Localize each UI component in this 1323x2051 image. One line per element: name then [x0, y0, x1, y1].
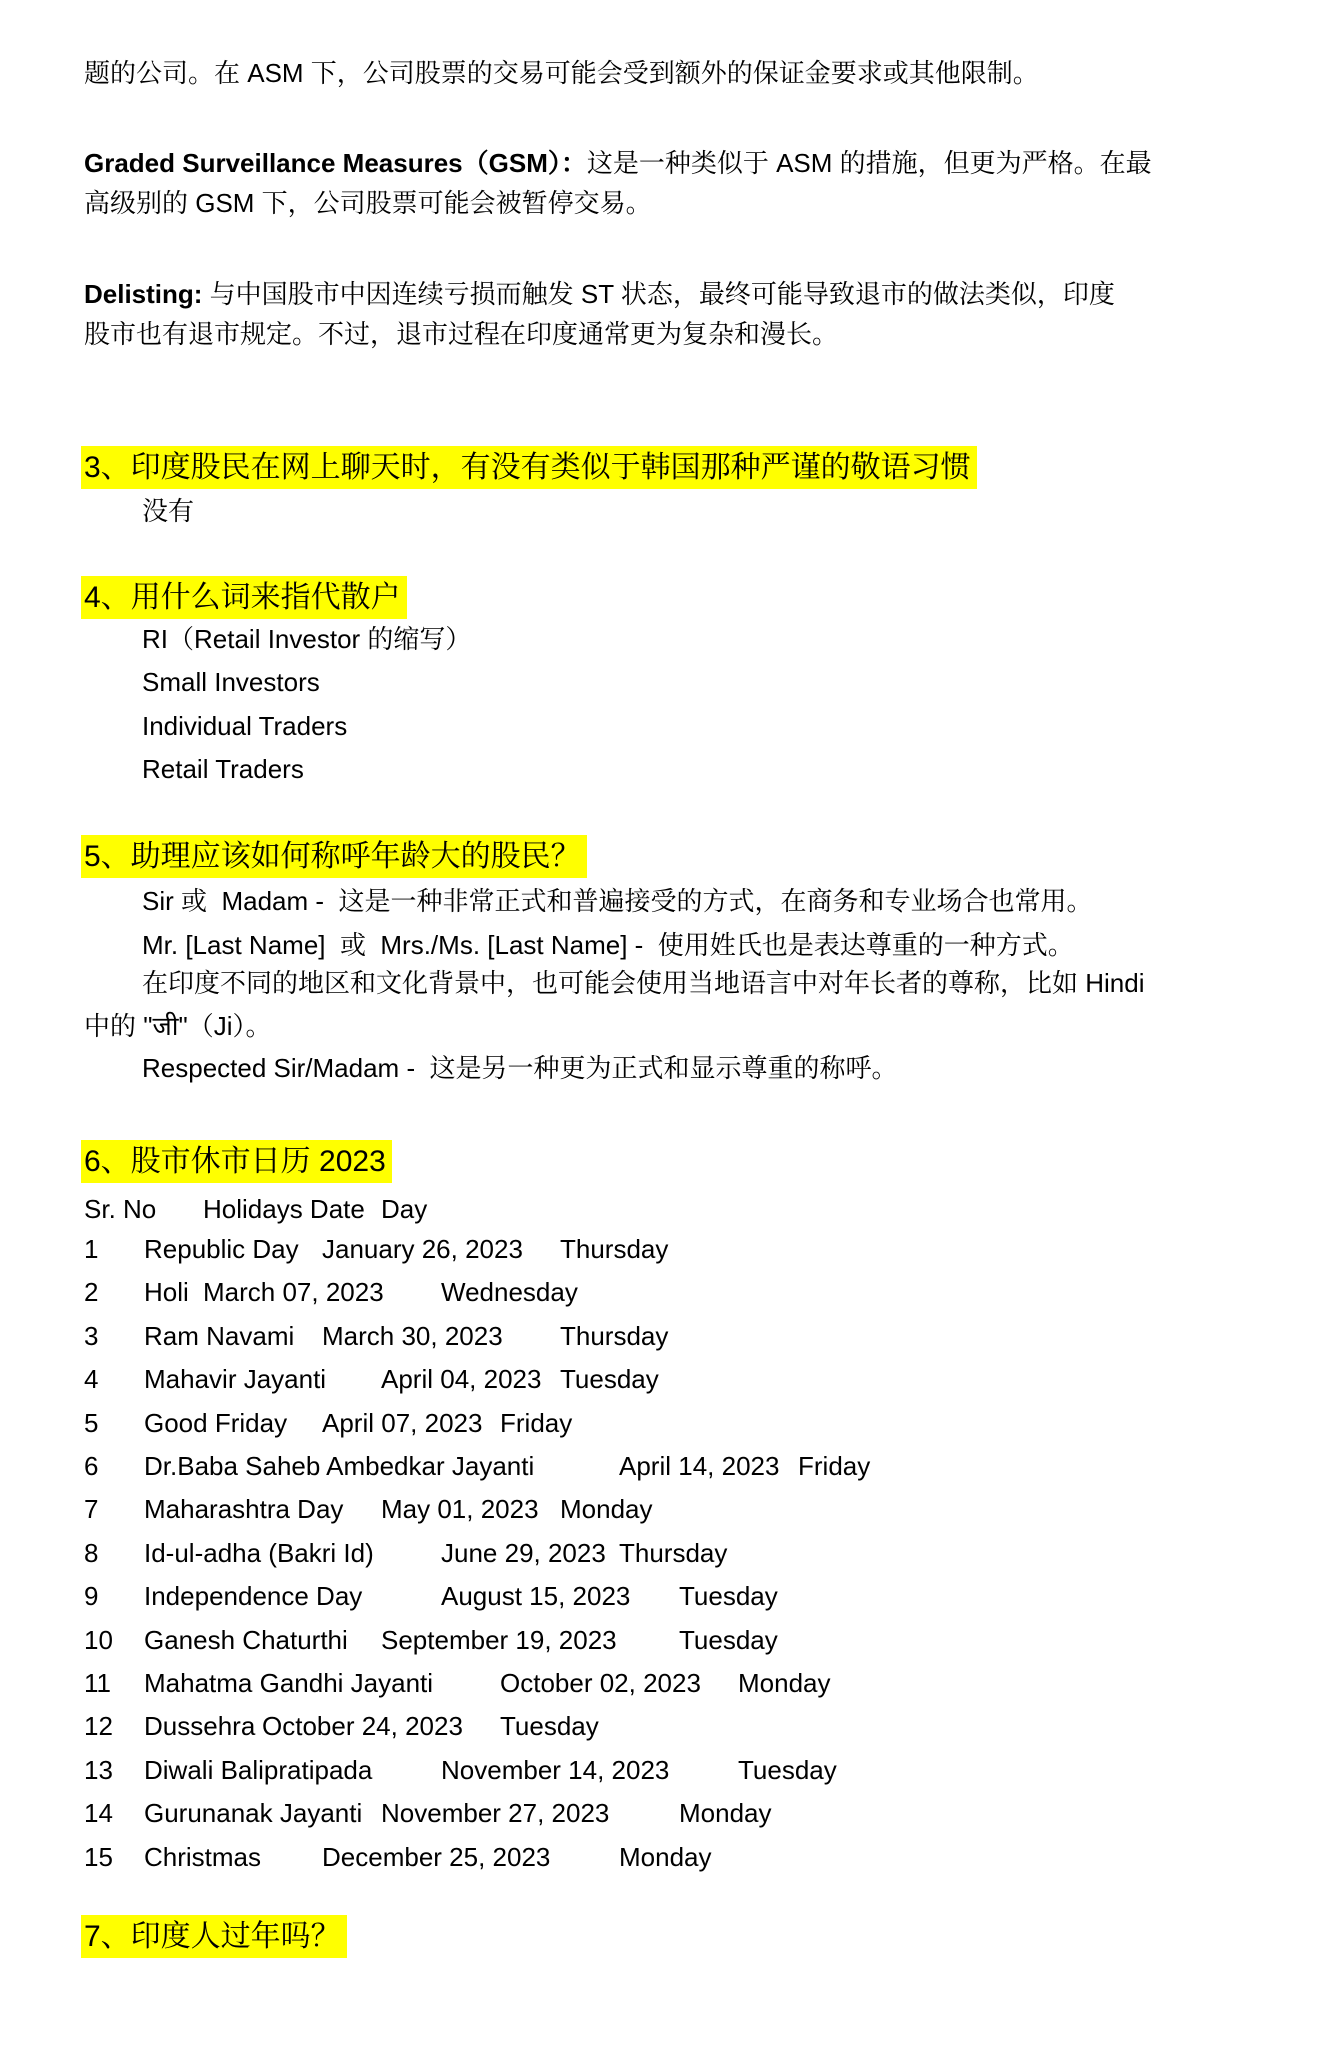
holiday-cell-name: Republic Day: [144, 1229, 299, 1269]
holiday-cell-date: October 02, 2023: [500, 1663, 701, 1703]
holiday-cell-day: Tuesday: [500, 1706, 599, 1746]
holiday-cell-no: 4: [84, 1359, 98, 1399]
answer-5-line-2: Mr. [Last Name] 或 Mrs./Ms. [Last Name] -…: [142, 925, 1074, 965]
holiday-cell-name: Ganesh Chaturthi: [144, 1620, 348, 1660]
document-page: 题的公司。在 ASM 下，公司股票的交易可能会受到额外的保证金要求或其他限制。 …: [0, 0, 1323, 2051]
holiday-cell-name: Id-ul-adha (Bakri Id): [144, 1533, 374, 1573]
holiday-cell-date: October 24, 2023: [262, 1706, 463, 1746]
holiday-cell-day: Monday: [560, 1489, 653, 1529]
answer-4-item: Small Investors: [142, 662, 320, 702]
holiday-cell-name: Good Friday: [144, 1403, 287, 1443]
holiday-cell-date: March 07, 2023: [203, 1272, 384, 1312]
question-4-heading: 4、用什么词来指代散户: [81, 576, 407, 619]
holiday-cell-day: Thursday: [560, 1316, 668, 1356]
holiday-cell-day: Monday: [619, 1837, 712, 1877]
holiday-cell-day: Monday: [679, 1793, 772, 1833]
holiday-cell-date: April 07, 2023: [322, 1403, 482, 1443]
holiday-cell-name: Dussehra: [144, 1706, 255, 1746]
question-3-heading: 3、印度股民在网上聊天时，有没有类似于韩国那种严谨的敬语习惯: [81, 446, 977, 489]
holiday-cell-day: Thursday: [619, 1533, 727, 1573]
holiday-cell-day: Tuesday: [738, 1750, 837, 1790]
answer-4-item: Retail Traders: [142, 749, 304, 789]
holiday-cell-day: Monday: [738, 1663, 831, 1703]
holiday-cell-name: Mahavir Jayanti: [144, 1359, 326, 1399]
answer-5-line-5: Respected Sir/Madam - 这是另一种更为正式和显示尊重的称呼。: [142, 1048, 898, 1088]
answer-5-line-4: 中的 "जी"（Ji）。: [84, 1006, 272, 1046]
holiday-cell-day: Friday: [798, 1446, 870, 1486]
question-6-heading: 6、股市休市日历 2023: [81, 1140, 392, 1183]
holiday-cell-date: April 04, 2023: [381, 1359, 541, 1399]
holiday-cell-date: August 15, 2023: [441, 1576, 630, 1616]
question-6-highlight: 6、股市休市日历 2023: [81, 1140, 392, 1183]
holiday-cell-date: January 26, 2023: [322, 1229, 523, 1269]
paragraph-delisting-line2: 股市也有退市规定。不过，退市过程在印度通常更为复杂和漫长。: [84, 314, 838, 354]
answer-4-item: RI（Retail Investor 的缩写）: [142, 619, 471, 659]
holiday-cell-no: 15: [84, 1837, 113, 1877]
answer-5-line-1: Sir 或 Madam - 这是一种非常正式和普遍接受的方式，在商务和专业场合也…: [142, 881, 1092, 921]
question-7-heading: 7、印度人过年吗？: [81, 1915, 347, 1958]
gsm-text: 这是一种类似于 ASM 的措施，但更为严格。在最: [587, 148, 1152, 178]
holiday-cell-day: Wednesday: [441, 1272, 578, 1312]
gsm-bold-lead: Graded Surveillance Measures（GSM）：: [84, 148, 587, 178]
holiday-cell-date: November 27, 2023: [381, 1793, 609, 1833]
holiday-cell-no: 1: [84, 1229, 98, 1269]
paragraph-gsm-line1: Graded Surveillance Measures（GSM）：这是一种类似…: [84, 143, 1152, 183]
question-3-highlight: 3、印度股民在网上聊天时，有没有类似于韩国那种严谨的敬语习惯: [81, 446, 977, 489]
holiday-cell-name: Holi: [144, 1272, 189, 1312]
holiday-cell-no: 11: [84, 1663, 111, 1703]
holiday-cell-date: September 19, 2023: [381, 1620, 617, 1660]
holiday-cell-no: 13: [84, 1750, 113, 1790]
question-5-highlight: 5、助理应该如何称呼年龄大的股民？: [81, 835, 587, 878]
question-4-highlight: 4、用什么词来指代散户: [81, 576, 407, 619]
holiday-cell-date: June 29, 2023: [441, 1533, 606, 1573]
answer-3: 没有: [142, 491, 194, 531]
holiday-cell-date: May 01, 2023: [381, 1489, 539, 1529]
holiday-cell-name: Maharashtra Day: [144, 1489, 343, 1529]
holiday-cell-no: 3: [84, 1316, 98, 1356]
holiday-cell-date: December 25, 2023: [322, 1837, 550, 1877]
holiday-cell-no: 12: [84, 1706, 113, 1746]
holiday-cell-no: 8: [84, 1533, 98, 1573]
holiday-cell-date: April 14, 2023: [619, 1446, 779, 1486]
paragraph-asm: 题的公司。在 ASM 下，公司股票的交易可能会受到额外的保证金要求或其他限制。: [84, 53, 1039, 93]
holiday-cell-name: Ram Navami: [144, 1316, 294, 1356]
holiday-cell-no: 10: [84, 1620, 113, 1660]
holiday-cell-no: 7: [84, 1489, 98, 1529]
holiday-cell-no: 2: [84, 1272, 98, 1312]
holiday-cell-date: November 14, 2023: [441, 1750, 669, 1790]
paragraph-delisting-line1: Delisting: 与中国股市中因连续亏损而触发 ST 状态，最终可能导致退市…: [84, 274, 1115, 314]
paragraph-gsm-line2: 高级别的 GSM 下，公司股票可能会被暂停交易。: [84, 183, 652, 223]
holiday-cell-day: Tuesday: [560, 1359, 659, 1399]
holiday-cell-day: Thursday: [560, 1229, 668, 1269]
holiday-header-date: Holidays Date: [203, 1189, 365, 1229]
answer-4-item: Individual Traders: [142, 706, 347, 746]
holiday-cell-date: March 30, 2023: [322, 1316, 503, 1356]
delisting-text: 与中国股市中因连续亏损而触发 ST 状态，最终可能导致退市的做法类似，印度: [202, 279, 1114, 309]
delisting-bold-lead: Delisting:: [84, 279, 202, 309]
holiday-header-srno: Sr. No: [84, 1189, 156, 1229]
question-5-heading: 5、助理应该如何称呼年龄大的股民？: [81, 835, 587, 878]
holiday-cell-no: 14: [84, 1793, 113, 1833]
holiday-cell-name: Mahatma Gandhi Jayanti: [144, 1663, 433, 1703]
holiday-cell-name: Christmas: [144, 1837, 261, 1877]
holiday-cell-name: Dr.Baba Saheb Ambedkar Jayanti: [144, 1446, 534, 1486]
holiday-header-day: Day: [381, 1189, 427, 1229]
holiday-cell-name: Gurunanak Jayanti: [144, 1793, 362, 1833]
question-7-highlight: 7、印度人过年吗？: [81, 1915, 347, 1958]
holiday-cell-day: Tuesday: [679, 1620, 778, 1660]
holiday-cell-day: Tuesday: [679, 1576, 778, 1616]
holiday-cell-name: Diwali Balipratipada: [144, 1750, 372, 1790]
holiday-cell-no: 5: [84, 1403, 98, 1443]
holiday-cell-day: Friday: [500, 1403, 572, 1443]
holiday-cell-no: 9: [84, 1576, 98, 1616]
answer-5-line-3: 在印度不同的地区和文化背景中，也可能会使用当地语言中对年长者的尊称，比如 Hin…: [142, 963, 1144, 1003]
holiday-cell-no: 6: [84, 1446, 98, 1486]
holiday-cell-name: Independence Day: [144, 1576, 362, 1616]
